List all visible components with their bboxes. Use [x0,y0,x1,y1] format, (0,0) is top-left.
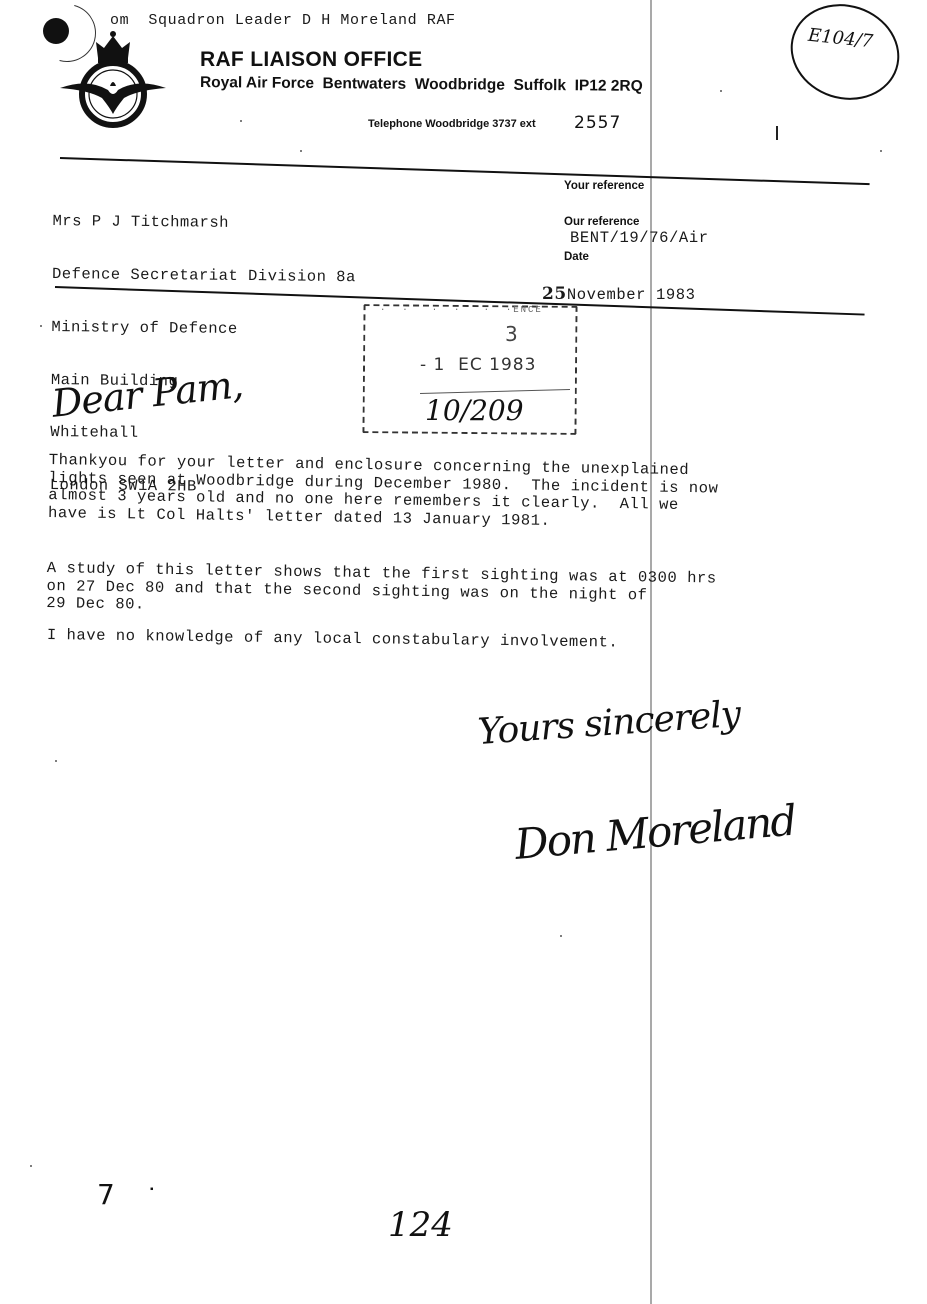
raf-crest-icon [58,28,168,130]
letter-page: om Squadron Leader D H Moreland RAF RAF … [0,0,927,1304]
date-label: Date [564,251,589,263]
body-paragraph: I have no knowledge of any local constab… [47,627,619,652]
stamp-number: 3 [505,322,518,346]
scan-fold-line [650,0,652,1304]
your-reference-label: Your reference [564,180,644,192]
scan-speck [720,90,722,92]
recipient-line: Whitehall [50,424,354,445]
stamp-date: - 1 EC 1983 [420,355,536,375]
recipient-line: Defence Secretariat Division 8a [52,266,356,287]
recipient-line: Ministry of Defence [51,319,355,340]
office-title: RAF LIAISON OFFICE [200,48,422,72]
scan-speck [30,1165,32,1167]
telephone-label: Telephone Woodbridge 3737 ext [368,118,536,130]
our-reference-label: Our reference [564,216,639,228]
scan-speck [240,120,242,122]
margin-mark: 7 [97,1178,115,1211]
scan-speck [300,150,302,152]
file-reference-circle [778,0,912,114]
signature: Don Moreland [513,796,797,869]
date-month-year: November 1983 [567,286,696,304]
page-number: 124 [388,1205,453,1245]
stamp-file-number: 10/209 [425,394,524,427]
body-paragraph: Thankyou for your letter and enclosure c… [48,452,719,533]
office-address: Royal Air Force Bentwaters Woodbridge Su… [200,74,643,96]
recipient-line: Mrs P J Titchmarsh [52,213,356,234]
our-reference-value: BENT/19/76/Air [570,229,709,247]
date-day-handwritten: 25 [542,284,567,304]
telephone-extension: 2557 [574,113,621,133]
scan-speck [560,935,562,937]
stamp-header: · · · · · ·ENCE [380,305,543,315]
margin-dot: ▪ [150,1184,154,1195]
letter-date: 25November 1983 [542,284,696,304]
closing: Yours sincerely [477,694,742,753]
body-paragraph: A study of this letter shows that the fi… [46,560,717,623]
scan-speck [55,760,57,762]
margin-tick [776,126,778,140]
from-line: om Squadron Leader D H Moreland RAF [110,12,456,29]
scan-speck [880,150,882,152]
scan-speck [40,325,42,327]
